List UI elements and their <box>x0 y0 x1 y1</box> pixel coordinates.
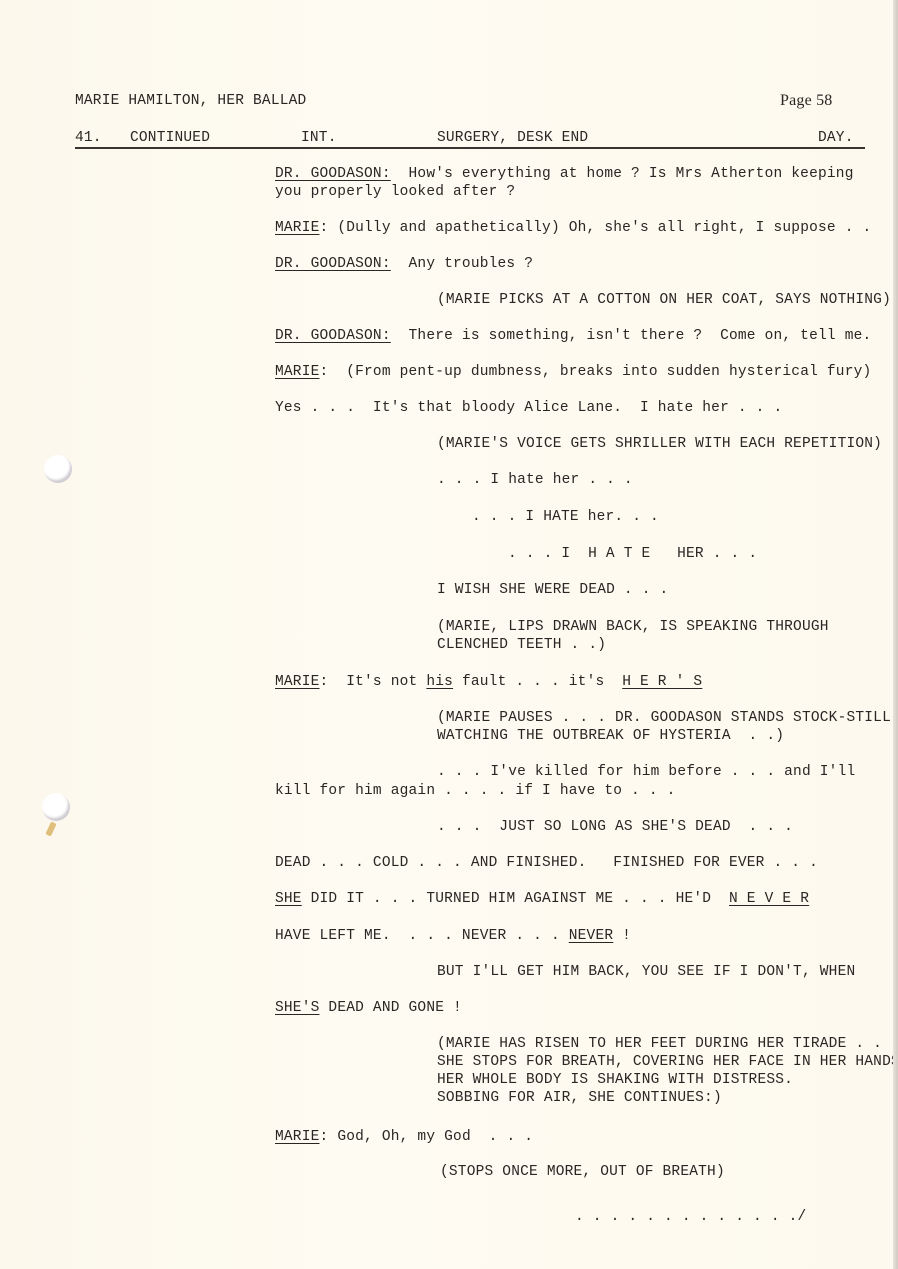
continuation-mark: . . . . . . . . . . . . ./ <box>575 1208 806 1226</box>
page-number: Page 58 <box>780 92 833 110</box>
dialogue-line: DR. GOODASON: There is something, isn't … <box>275 327 871 345</box>
stage-direction: (STOPS ONCE MORE, OUT OF BREATH) <box>440 1163 725 1181</box>
speaker-name: DR. GOODASON: <box>275 256 391 272</box>
scene-time: DAY. <box>818 129 854 147</box>
dialogue-line: . . . I've killed for him before . . . a… <box>437 763 855 781</box>
stage-direction: (MARIE HAS RISEN TO HER FEET DURING HER … <box>437 1035 882 1053</box>
stage-direction: (MARIE'S VOICE GETS SHRILLER WITH EACH R… <box>437 435 882 453</box>
stage-direction: (MARIE PICKS AT A COTTON ON HER COAT, SA… <box>437 291 891 309</box>
emphasis: N E V E R <box>729 891 809 907</box>
speaker-name: MARIE <box>275 364 320 380</box>
header-rule <box>75 147 865 149</box>
stage-direction: CLENCHED TEETH . .) <box>437 636 606 654</box>
dialogue-line: Yes . . . It's that bloody Alice Lane. I… <box>275 399 782 417</box>
dialogue-line: MARIE: (Dully and apathetically) Oh, she… <box>275 219 871 237</box>
dialogue-line: MARIE: God, Oh, my God . . . <box>275 1128 533 1146</box>
dialogue-line: MARIE: It's not his fault . . . it's H E… <box>275 673 702 691</box>
speaker-name: MARIE <box>275 674 320 690</box>
page-edge <box>893 0 898 1269</box>
dialogue-line: DR. GOODASON: Any troubles ? <box>275 255 533 273</box>
emphasis: NEVER <box>569 928 614 944</box>
dialogue-line: DR. GOODASON: How's everything at home ?… <box>275 165 854 183</box>
emphasis: his <box>426 674 453 690</box>
stage-direction: HER WHOLE BODY IS SHAKING WITH DISTRESS. <box>437 1071 793 1089</box>
speaker-name: MARIE <box>275 220 320 236</box>
dialogue-line: SHE'S DEAD AND GONE ! <box>275 999 462 1017</box>
dialogue-line: kill for him again . . . . if I have to … <box>275 782 676 800</box>
speaker-name: MARIE <box>275 1129 320 1145</box>
emphasis: SHE'S <box>275 1000 320 1016</box>
stage-direction: (MARIE, LIPS DRAWN BACK, IS SPEAKING THR… <box>437 618 829 636</box>
stage-direction: SOBBING FOR AIR, SHE CONTINUES:) <box>437 1089 722 1107</box>
speaker-name: DR. GOODASON: <box>275 328 391 344</box>
punch-hole-top <box>44 455 72 483</box>
stage-direction: WATCHING THE OUTBREAK OF HYSTERIA . .) <box>437 727 784 745</box>
dialogue-line: HAVE LEFT ME. . . . NEVER . . . NEVER ! <box>275 927 631 945</box>
dialogue-line: BUT I'LL GET HIM BACK, YOU SEE IF I DON'… <box>437 963 855 981</box>
punch-hole-bottom <box>42 793 70 821</box>
scene-type: INT. <box>301 129 337 147</box>
scene-number: 41. <box>75 129 102 147</box>
emphasis: SHE <box>275 891 302 907</box>
dialogue-line: . . . I H A T E HER . . . <box>508 545 757 563</box>
dialogue-line: DEAD . . . COLD . . . AND FINISHED. FINI… <box>275 854 818 872</box>
stage-direction: SHE STOPS FOR BREATH, COVERING HER FACE … <box>437 1053 898 1071</box>
dialogue-line: . . . I hate her . . . <box>437 471 633 489</box>
script-page: MARIE HAMILTON, HER BALLAD Page 58 41. C… <box>0 0 893 1269</box>
speaker-name: DR. GOODASON: <box>275 166 391 182</box>
dialogue-line: . . . JUST SO LONG AS SHE'S DEAD . . . <box>437 818 793 836</box>
rust-stain <box>45 821 56 836</box>
dialogue-line: you properly looked after ? <box>275 183 515 201</box>
document-title: MARIE HAMILTON, HER BALLAD <box>75 92 306 110</box>
stage-direction: (MARIE PAUSES . . . DR. GOODASON STANDS … <box>437 709 891 727</box>
scene-status: CONTINUED <box>130 129 210 147</box>
dialogue-line: SHE DID IT . . . TURNED HIM AGAINST ME .… <box>275 890 809 908</box>
dialogue-line: MARIE: (From pent-up dumbness, breaks in… <box>275 363 871 381</box>
emphasis: H E R ' S <box>622 674 702 690</box>
dialogue-line: . . . I HATE her. . . <box>472 508 659 526</box>
scene-location: SURGERY, DESK END <box>437 129 588 147</box>
dialogue-line: I WISH SHE WERE DEAD . . . <box>437 581 668 599</box>
